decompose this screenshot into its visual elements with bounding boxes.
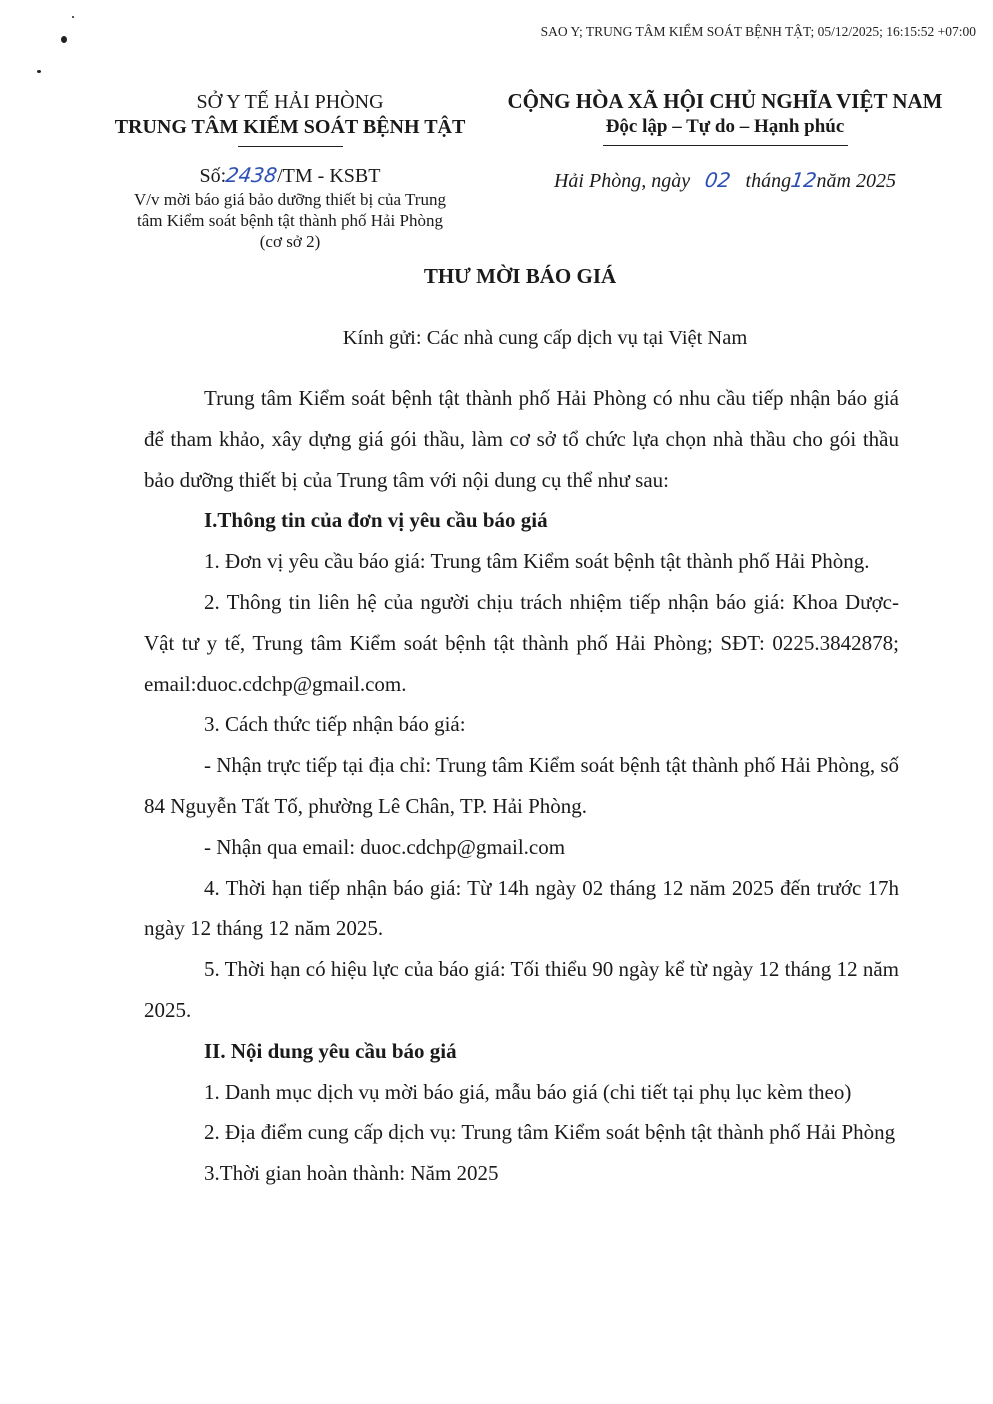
doc-no-suffix: /TM - KSBT — [277, 165, 380, 187]
issuer-header: SỞ Y TẾ HẢI PHÒNG TRUNG TÂM KIỂM SOÁT BỆ… — [80, 90, 500, 252]
recipient-line: Kính gửi: Các nhà cung cấp dịch vụ tại V… — [0, 327, 993, 350]
place-and-date: Hải Phòng, ngày 02 tháng12năm 2025 — [490, 168, 960, 193]
motto-underline — [603, 145, 848, 146]
month-handwritten: 12 — [789, 168, 818, 192]
body-paragraph: 2. Thông tin liên hệ của người chịu trác… — [144, 582, 899, 704]
issuing-organization: TRUNG TÂM KIỂM SOÁT BỆNH TẬT — [80, 114, 500, 140]
document-number: Số:2438/TM - KSBT — [80, 163, 500, 188]
digital-copy-stamp: SAO Y; TRUNG TÂM KIỂM SOÁT BỆNH TẬT; 05/… — [541, 24, 976, 40]
parent-organization: SỞ Y TẾ HẢI PHÒNG — [80, 90, 500, 114]
body-paragraph: - Nhận qua email: duoc.cdchp@gmail.com — [144, 827, 899, 868]
national-motto: Độc lập – Tự do – Hạnh phúc — [490, 115, 960, 139]
header-underline — [238, 146, 343, 147]
body-paragraph: 2. Địa điểm cung cấp dịch vụ: Trung tâm … — [144, 1112, 899, 1153]
body-paragraph: 4. Thời hạn tiếp nhận báo giá: Từ 14h ng… — [144, 868, 899, 950]
month-label: tháng — [746, 170, 792, 192]
scan-speck — [72, 16, 74, 18]
body-paragraph: 1. Danh mục dịch vụ mời báo giá, mẫu báo… — [144, 1072, 899, 1113]
body-paragraph: 3. Cách thức tiếp nhận báo giá: — [144, 704, 899, 745]
body-paragraph: 5. Thời hạn có hiệu lực của báo giá: Tối… — [144, 949, 899, 1031]
national-header: CỘNG HÒA XÃ HỘI CHỦ NGHĨA VIỆT NAM Độc l… — [490, 88, 960, 193]
document-body: Trung tâm Kiểm soát bệnh tật thành phố H… — [144, 378, 899, 1194]
scan-speck — [37, 70, 41, 73]
place-prefix: Hải Phòng, ngày — [554, 170, 690, 192]
document-title: THƯ MỜI BÁO GIÁ — [0, 264, 993, 289]
subject-line: V/v mời báo giá bảo dưỡng thiết bị của T… — [80, 189, 500, 210]
national-title: CỘNG HÒA XÃ HỘI CHỦ NGHĨA VIỆT NAM — [490, 88, 960, 115]
scan-speck — [61, 36, 67, 43]
subject-line: (cơ sở 2) — [80, 231, 500, 252]
section-heading: II. Nội dung yêu cầu báo giá — [144, 1031, 899, 1072]
body-paragraph: Trung tâm Kiểm soát bệnh tật thành phố H… — [144, 378, 899, 500]
day-handwritten: 02 — [703, 168, 732, 192]
body-paragraph: 3.Thời gian hoàn thành: Năm 2025 — [144, 1153, 899, 1194]
subject-line: tâm Kiểm soát bệnh tật thành phố Hải Phò… — [80, 210, 500, 231]
doc-no-prefix: Số: — [200, 165, 227, 187]
section-heading: I.Thông tin của đơn vị yêu cầu báo giá — [144, 500, 899, 541]
document-subject: V/v mời báo giá bảo dưỡng thiết bị của T… — [80, 189, 500, 252]
body-paragraph: 1. Đơn vị yêu cầu báo giá: Trung tâm Kiể… — [144, 541, 899, 582]
body-paragraph: - Nhận trực tiếp tại địa chỉ: Trung tâm … — [144, 745, 899, 827]
doc-no-handwritten: 2438 — [225, 163, 279, 187]
year-text: năm 2025 — [817, 170, 896, 192]
